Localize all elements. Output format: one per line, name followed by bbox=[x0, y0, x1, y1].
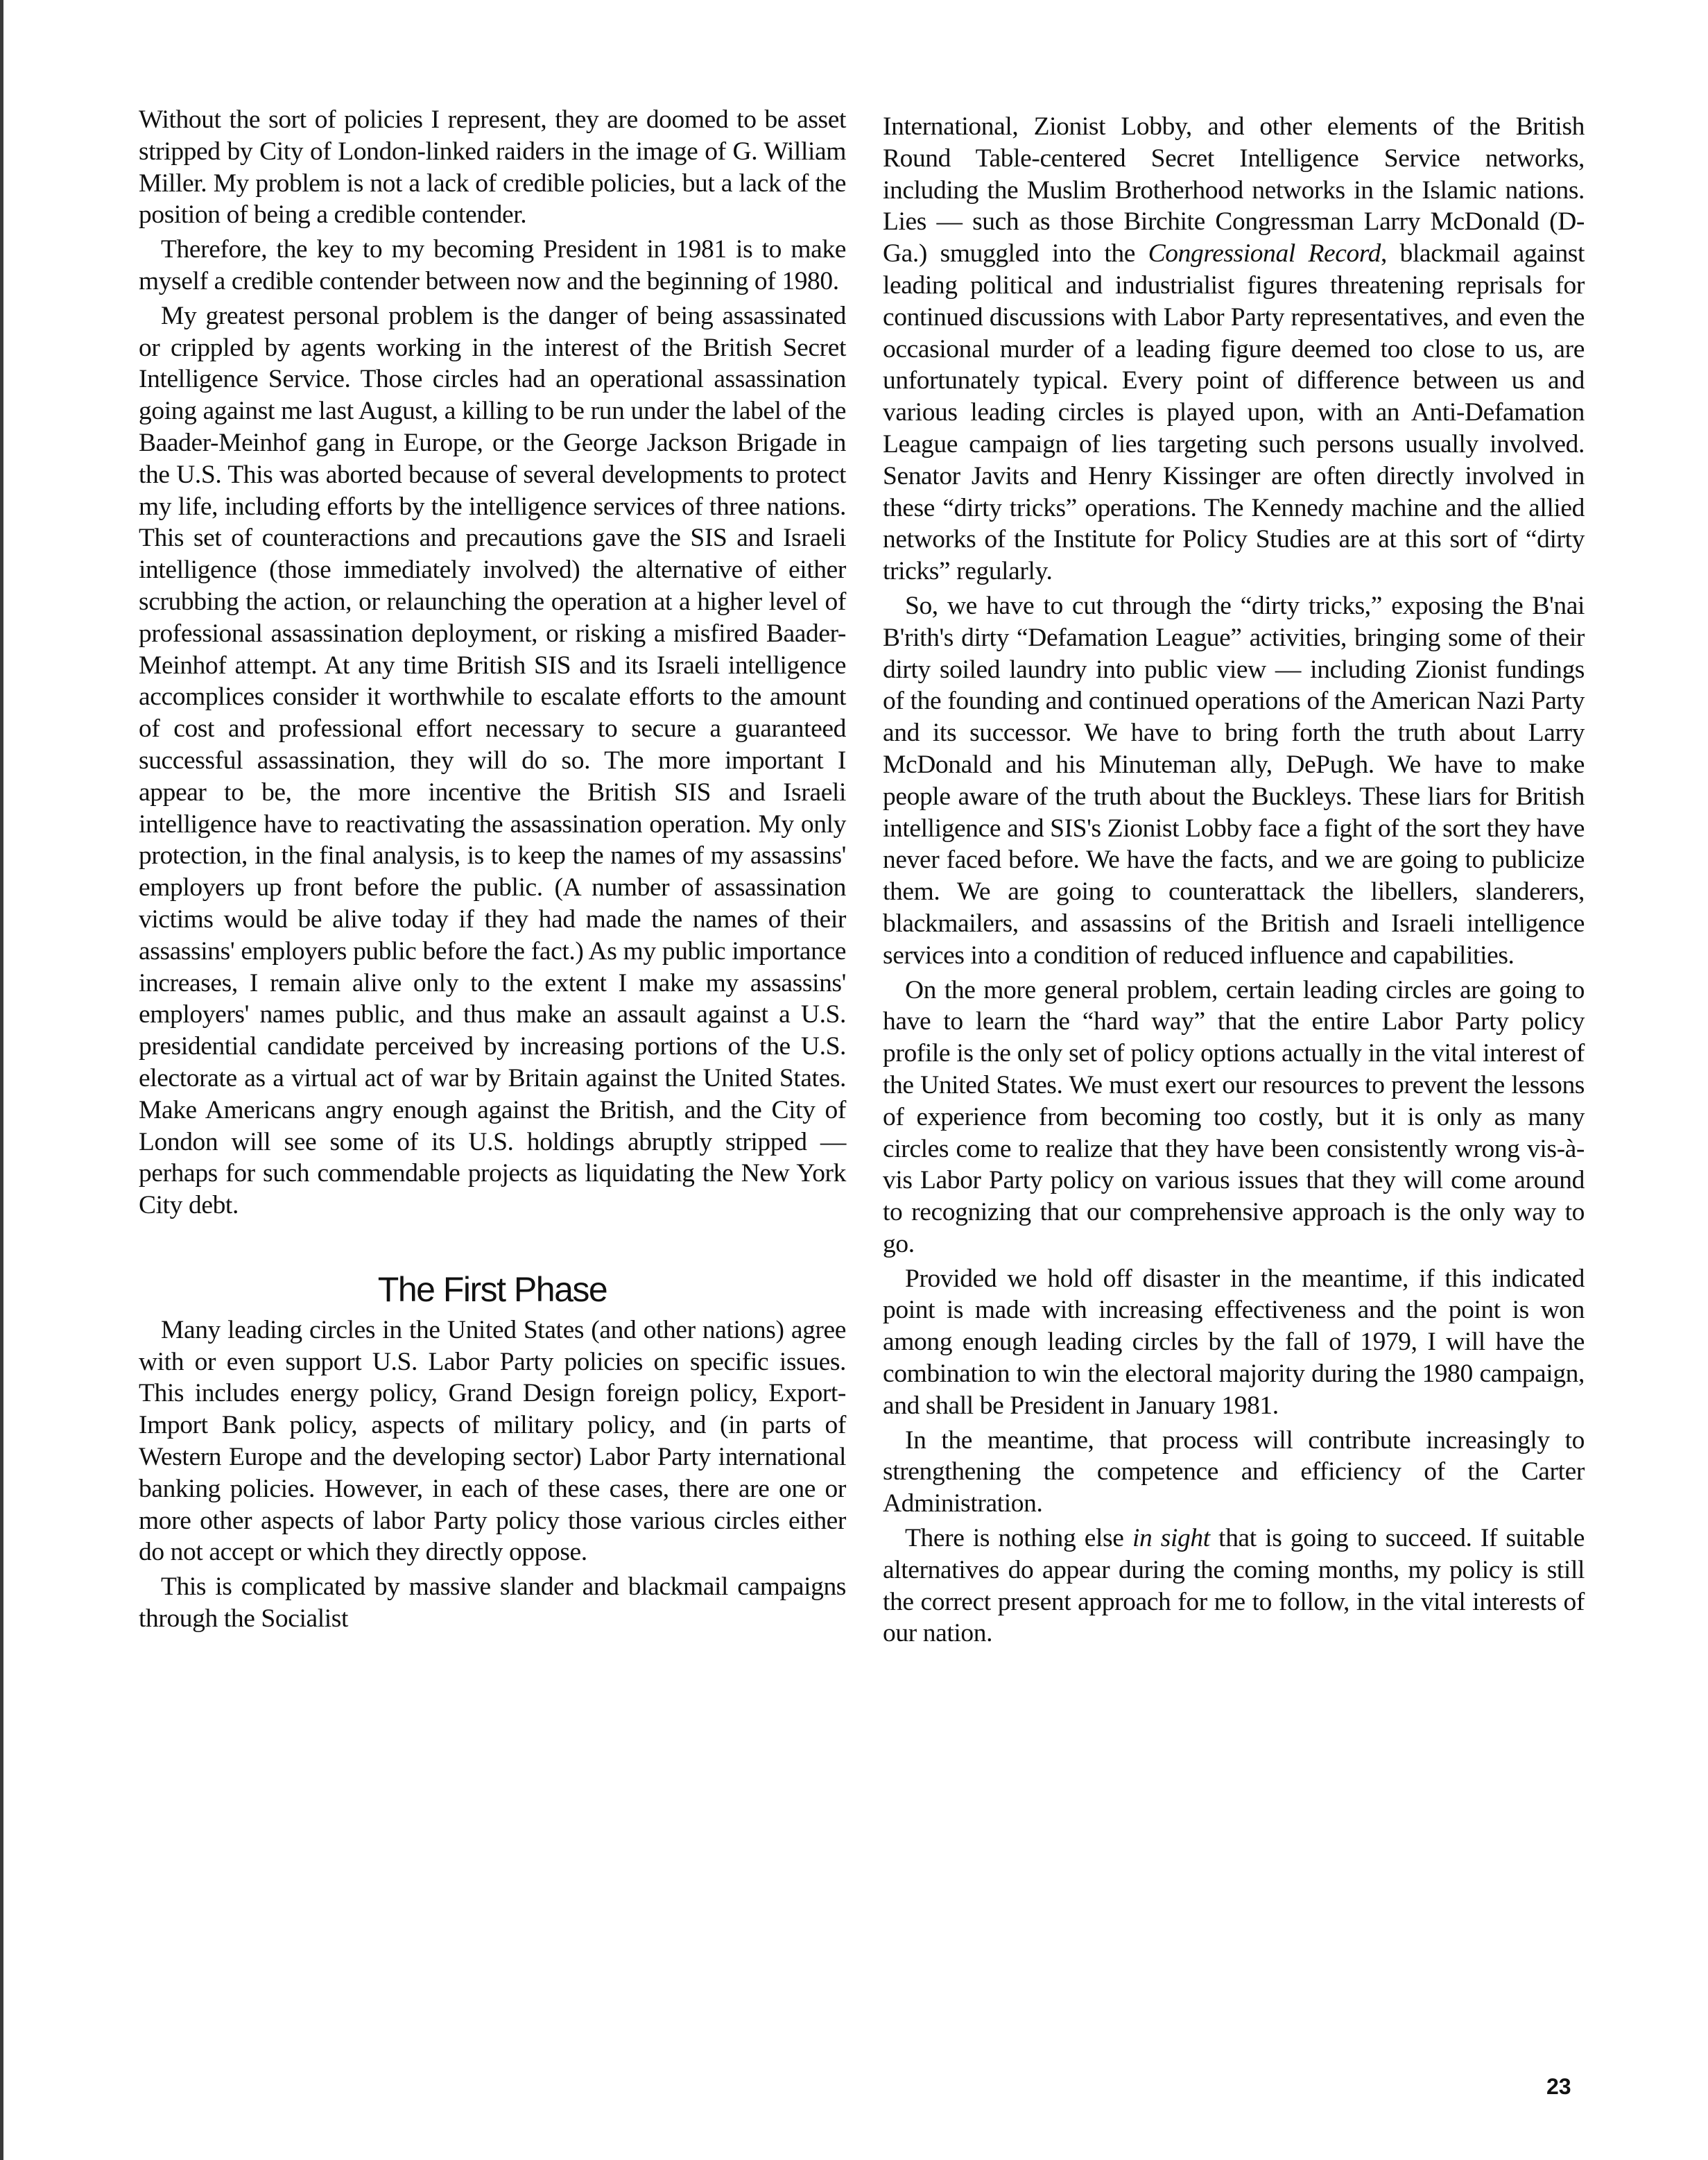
section-heading: The First Phase bbox=[139, 1269, 846, 1310]
page-number: 23 bbox=[1546, 2074, 1571, 2100]
text-run: There is nothing else bbox=[905, 1524, 1132, 1552]
paragraph: On the more general problem, certain lea… bbox=[883, 975, 1585, 1260]
paragraph: International, Zionist Lobby, and other … bbox=[883, 111, 1585, 588]
paragraph: Therefore, the key to my becoming Presid… bbox=[139, 234, 846, 298]
paragraph: This is complicated by massive slander a… bbox=[139, 1571, 846, 1635]
paragraph: Many leading circles in the United State… bbox=[139, 1314, 846, 1568]
paragraph: In the meantime, that process will contr… bbox=[883, 1425, 1585, 1520]
paragraph: My greatest personal problem is the dang… bbox=[139, 300, 846, 1222]
paragraph: There is nothing else in sight that is g… bbox=[883, 1523, 1585, 1649]
text-run: , blackmail against leading political an… bbox=[883, 239, 1585, 585]
right-column: International, Zionist Lobby, and other … bbox=[883, 111, 1585, 1652]
page-binding-edge bbox=[0, 0, 3, 2160]
paragraph: So, we have to cut through the “dirty tr… bbox=[883, 590, 1585, 972]
italic-emphasis: in sight bbox=[1132, 1524, 1210, 1552]
italic-title: Congressional Record bbox=[1148, 239, 1381, 268]
paragraph: Provided we hold off disaster in the mea… bbox=[883, 1263, 1585, 1422]
paragraph: Without the sort of policies I represent… bbox=[139, 104, 846, 231]
left-column: Without the sort of policies I represent… bbox=[139, 104, 846, 1638]
